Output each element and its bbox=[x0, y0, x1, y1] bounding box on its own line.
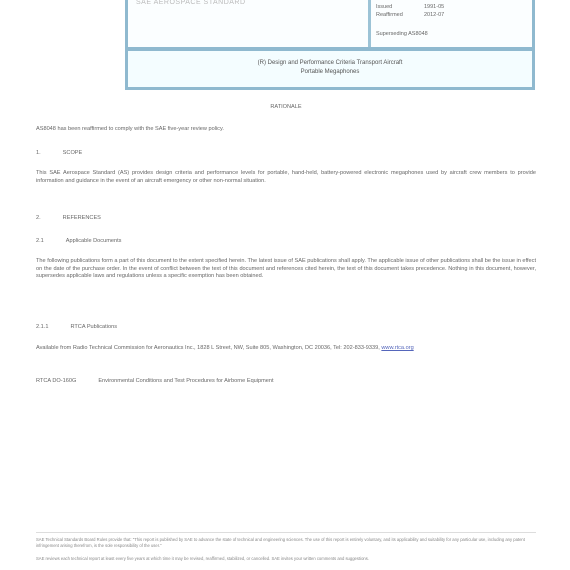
document-title-line1: (R) Design and Performance Criteria Tran… bbox=[128, 59, 532, 68]
section-title: Applicable Documents bbox=[66, 238, 122, 244]
info-label: Issued bbox=[376, 3, 412, 11]
section-scope-text: This SAE Aerospace Standard (AS) provide… bbox=[36, 170, 536, 185]
header-divider bbox=[368, 0, 371, 47]
document-title-box: (R) Design and Performance Criteria Tran… bbox=[128, 51, 532, 87]
section-applicable-docs-heading: 2.1Applicable Documents bbox=[36, 238, 536, 246]
info-value: 1991-05 bbox=[424, 3, 444, 11]
document-header-box: SAE AEROSPACE STANDARD Issued 1991-05 Re… bbox=[125, 0, 535, 90]
footer-disclaimer: SAE Technical Standards Board Rules prov… bbox=[36, 537, 536, 549]
reference-title: Environmental Conditions and Test Proced… bbox=[98, 378, 273, 384]
reference-id: RTCA DO-160G bbox=[36, 378, 76, 384]
section-references-heading: 2.REFERENCES bbox=[36, 215, 536, 223]
section-scope-heading: 1.SCOPE bbox=[36, 150, 536, 158]
section-title: SCOPE bbox=[63, 150, 83, 156]
rtca-website-link[interactable]: www.rtca.org bbox=[381, 345, 413, 351]
section-title: RTCA Publications bbox=[70, 324, 117, 330]
info-row-issued: Issued 1991-05 bbox=[376, 3, 526, 11]
footer-rule bbox=[36, 532, 536, 533]
footer-review-note: SAE reviews each technical report at lea… bbox=[36, 556, 536, 562]
section-number: 1. bbox=[36, 150, 41, 156]
section-title: REFERENCES bbox=[63, 215, 101, 221]
section-rtca-text: Available from Radio Technical Commissio… bbox=[36, 345, 536, 353]
section-number: 2. bbox=[36, 215, 41, 221]
document-title-line2: Portable Megaphones bbox=[128, 68, 532, 77]
rtca-address: Available from Radio Technical Commissio… bbox=[36, 345, 380, 351]
section-applicable-docs-text: The following publications form a part o… bbox=[36, 258, 536, 281]
section-number: 2.1.1 bbox=[36, 324, 48, 330]
rationale-text: AS8048 has been reaffirmed to comply wit… bbox=[36, 126, 536, 134]
header-info-cell: Issued 1991-05 Reaffirmed 2012-07 Supers… bbox=[376, 3, 526, 37]
superseding-note: Superseding AS8048 bbox=[376, 31, 526, 37]
header-top-row: SAE AEROSPACE STANDARD Issued 1991-05 Re… bbox=[128, 0, 532, 51]
info-label: Reaffirmed bbox=[376, 11, 412, 19]
info-row-reaffirmed: Reaffirmed 2012-07 bbox=[376, 11, 526, 19]
section-rtca-heading: 2.1.1RTCA Publications bbox=[36, 324, 536, 332]
reference-entry: RTCA DO-160GEnvironmental Conditions and… bbox=[36, 378, 536, 386]
info-value: 2012-07 bbox=[424, 11, 444, 19]
rationale-heading: RATIONALE bbox=[36, 104, 536, 112]
section-number: 2.1 bbox=[36, 238, 44, 244]
header-left-cell: SAE AEROSPACE STANDARD bbox=[136, 0, 246, 6]
